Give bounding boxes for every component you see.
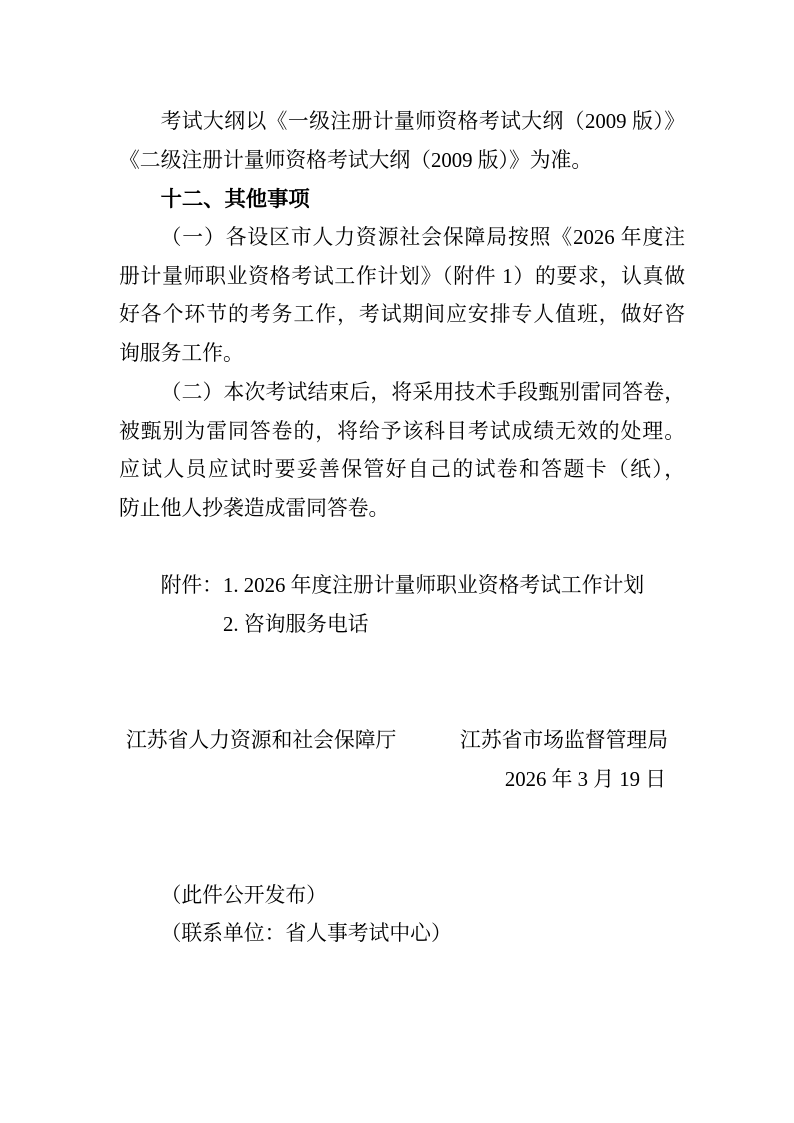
text-line: 应试人员应试时要妥善保管好自己的试卷和答题卡（纸），	[119, 451, 685, 490]
text-line: 2. 咨询服务电话	[119, 606, 685, 645]
text-line: （二）本次考试结束后，将采用技术手段甄别雷同答卷，	[119, 374, 685, 413]
text-line: 好各个环节的考务工作，考试期间应安排专人值班，做好咨	[119, 296, 685, 335]
issuer-right: 江苏省市场监督管理局	[460, 722, 668, 761]
text-line: （联系单位：省人事考试中心）	[119, 915, 685, 954]
document-body: 考试大纲以《一级注册计量师资格考试大纲（2009 版）》《二级注册计量师资格考试…	[119, 103, 685, 954]
issuer-left: 江苏省人力资源和社会保障厅	[126, 722, 396, 761]
official-notice-page: 考试大纲以《一级注册计量师资格考试大纲（2009 版）》《二级注册计量师资格考试…	[0, 0, 794, 1123]
text-line: 被甄别为雷同答卷的，将给予该科目考试成绩无效的处理。	[119, 413, 685, 452]
blank-line	[119, 529, 685, 568]
blank-line	[119, 683, 685, 722]
blank-line	[119, 645, 685, 684]
text-line: 考试大纲以《一级注册计量师资格考试大纲（2009 版）》	[119, 103, 685, 142]
text-line: （一）各设区市人力资源社会保障局按照《2026 年度注	[119, 219, 685, 258]
section-heading: 十二、其他事项	[119, 180, 685, 219]
blank-line	[119, 838, 685, 877]
text-line: 询服务工作。	[119, 335, 685, 374]
issuer-row: 江苏省人力资源和社会保障厅江苏省市场监督管理局	[119, 722, 685, 761]
text-line: 《二级注册计量师资格考试大纲（2009 版）》为准。	[119, 142, 685, 181]
blank-line	[119, 799, 685, 838]
text-line: （此件公开发布）	[119, 877, 685, 916]
text-line: 册计量师职业资格考试工作计划》（附件 1）的要求，认真做	[119, 258, 685, 297]
text-line: 防止他人抄袭造成雷同答卷。	[119, 490, 685, 529]
issue-date: 2026 年 3 月 19 日	[119, 761, 685, 800]
text-line: 附件：1. 2026 年度注册计量师职业资格考试工作计划	[119, 567, 685, 606]
